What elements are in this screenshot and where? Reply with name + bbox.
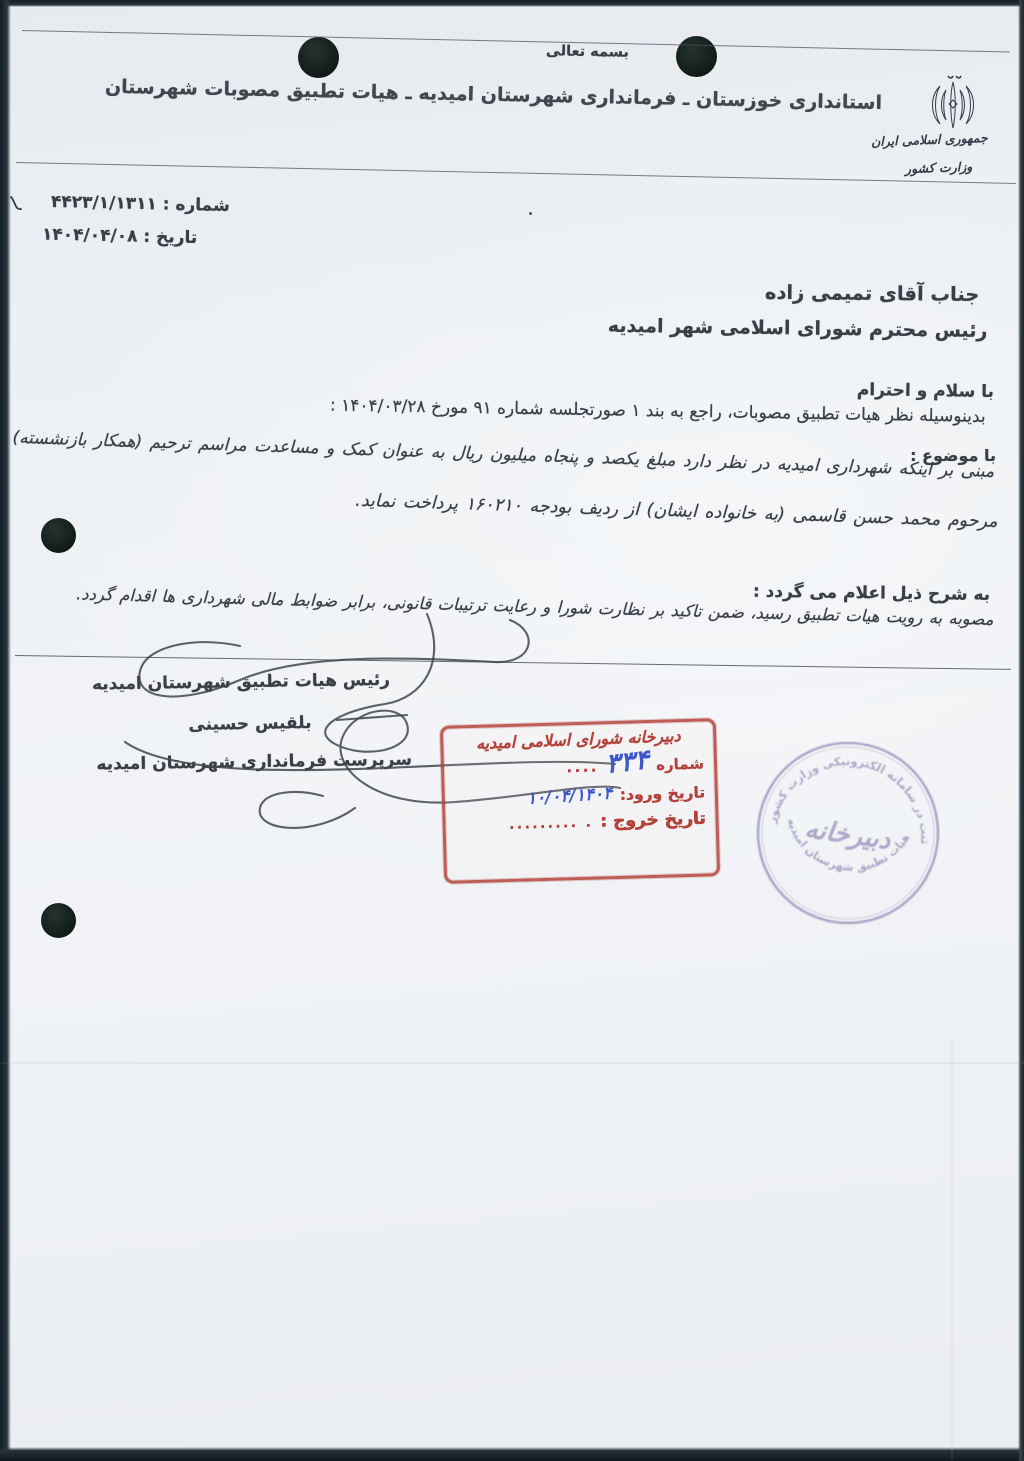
stamp-exit-label: تاریخ خروج :: [600, 809, 706, 832]
stamp-number-label: شماره: [656, 754, 704, 773]
punch-hole: [676, 36, 717, 77]
scan-edge-bottom: [0, 1447, 1024, 1461]
emblem-caption-country: جمهوری اسلامی ایران: [871, 130, 988, 149]
body-separator-rule: [15, 655, 1011, 670]
scanned-letter-page: بسمه تعالی جمهوری اسلامی ایران وزارت کشو…: [0, 0, 1024, 1461]
header-rule-top: [22, 30, 1010, 53]
salutation: با سلام و احترام: [857, 380, 994, 402]
registry-round-stamp: ثبت در سامانه الکترونیکی وزارت کشور دبیر…: [735, 720, 961, 946]
signer-name: بلقیس حسینی: [150, 712, 350, 735]
recipient-name: جناب آقای تمیمی زاده: [765, 281, 980, 306]
paper-crease: [0, 1062, 1024, 1064]
recipient-title: رئیس محترم شورای اسلامی شهر امیدیه: [607, 315, 987, 342]
punch-hole: [298, 37, 339, 78]
letter-number-label: شماره :: [163, 194, 230, 216]
stamp-number-row: شماره ۳۳۴ ....: [454, 748, 705, 786]
letterhead-organization: استانداری خوزستان ـ فرمانداری شهرستان ام…: [105, 76, 882, 114]
letter-date-row: تاریخ : ۱۴۰۴/۰۴/۰۸: [42, 224, 198, 248]
council-secretariat-stamp: دبیرخانه شورای اسلامی امیدیه شماره ۳۳۴ .…: [440, 718, 720, 884]
letter-date-label: تاریخ :: [143, 227, 197, 248]
stamp-exit-date-row: تاریخ خروج : . .........: [455, 809, 705, 836]
punch-hole: [41, 903, 76, 938]
iran-emblem-icon: [920, 70, 986, 136]
letter-number-value: ۴۴۲۳/۱/۱۳۱۱: [51, 192, 157, 214]
letter-number-row: شماره : ۴۴۲۳/۱/۱۳۱۱: [51, 192, 230, 216]
header-rule-bottom: [16, 162, 1016, 184]
pen-tick-mark: [8, 194, 26, 216]
stamp-entry-date-row: تاریخ ورود: ۱۰/۰۴/۱۴۰۴: [455, 783, 705, 810]
stamp-entry-handwritten: ۱۰/۰۴/۱۴۰۴: [527, 784, 614, 809]
scan-edge-left: [0, 0, 11, 1461]
scan-edge-right: [1018, 0, 1024, 1461]
subject-line-1: مبنی بر اینکه شهرداری امیدیه در نظر دارد…: [12, 428, 994, 482]
paper-crease: [951, 1040, 953, 1460]
stamp-number-dots: ....: [566, 756, 599, 776]
subject-line-2: مرحوم محمد حسن قاسمی (به خانواده ایشان) …: [355, 491, 998, 532]
decision-intro: به شرح ذیل اعلام می گردد :: [752, 582, 990, 605]
stamp-exit-dots: . .........: [509, 813, 594, 833]
punch-hole: [41, 518, 76, 553]
stamp-entry-label: تاریخ ورود:: [619, 784, 705, 804]
emblem-caption-ministry: وزارت کشور: [904, 159, 972, 176]
letter-date-value: ۱۴۰۴/۰۴/۰۸: [42, 224, 138, 246]
bismillah-text: بسمه تعالی: [546, 43, 629, 60]
stamp-number-handwritten: ۳۳۴: [604, 744, 651, 780]
scan-edge-top: [0, 0, 1024, 7]
scan-speck: [529, 212, 532, 215]
signer-title: رئیس هیات تطبیق شهرستان امیدیه: [118, 670, 390, 694]
signer-role: سرپرست فرمانداری شهرستان امیدیه: [108, 750, 412, 775]
